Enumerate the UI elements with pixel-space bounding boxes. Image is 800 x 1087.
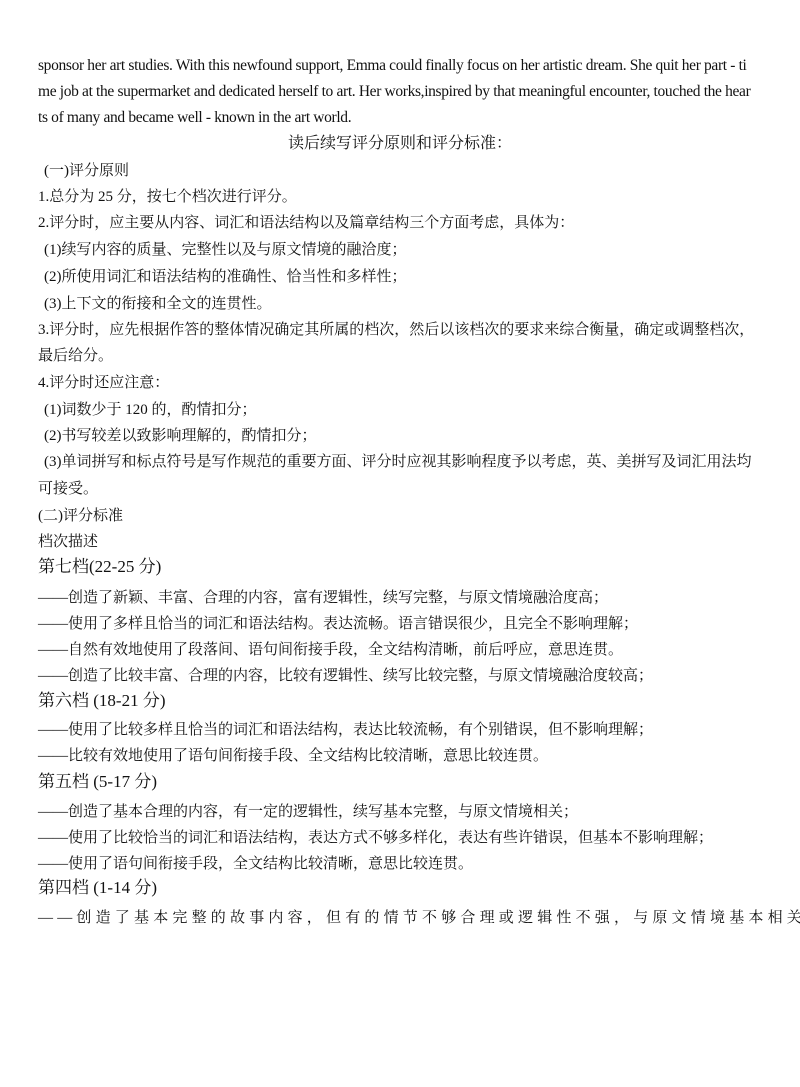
level-5-criterion-3: ——使用了语句间衔接手段，全文结构比较清晰，意思比较连贯。 — [38, 854, 473, 874]
story-line-1: sponsor her art studies. With this newfo… — [38, 56, 747, 76]
level-4-label: 第四档 (1-14 分) — [38, 877, 157, 899]
principle-item-4-sub-2: (2)书写较差以致影响理解的，酌情扣分； — [44, 426, 317, 446]
principle-item-2-sub-2: (2)所使用词汇和语法结构的准确性、恰当性和多样性； — [44, 267, 407, 287]
principle-item-4-sub-3-cont: 可接受。 — [38, 479, 98, 499]
level-5-criterion-1: ——创造了基本合理的内容，有一定的逻辑性，续写基本完整，与原文情境相关； — [38, 802, 578, 822]
story-line-2: me job at the supermarket and dedicated … — [38, 82, 750, 102]
level-6-criterion-1: ——使用了比较多样且恰当的词汇和语法结构，表达比较流畅，有个别错误，但不影响理解… — [38, 720, 653, 740]
level-7-label: 第七档(22-25 分) — [38, 556, 161, 578]
principle-item-3-cont: 最后给分。 — [38, 346, 113, 366]
level-7-criterion-2: ——使用了多样且恰当的词汇和语法结构。表达流畅。语言错误很少，且完全不影响理解； — [38, 614, 638, 634]
level-7-criterion-4: ——创造了比较丰富、合理的内容，比较有逻辑性、续写比较完整，与原文情境融洽度较高… — [38, 666, 653, 686]
rubric-title: 读后续写评分原则和评分标准： — [0, 134, 800, 154]
principle-item-4-sub-1: (1)词数少于 120 的，酌情扣分； — [44, 400, 257, 420]
level-6-label: 第六档 (18-21 分) — [38, 690, 165, 712]
story-line-3: ts of many and became well - known in th… — [38, 108, 351, 128]
principle-item-4-sub-3: (3)单词拼写和标点符号是写作规范的重要方面、评分时应视其影响程度予以考虑，英、… — [44, 452, 752, 472]
level-7-criterion-1: ——创造了新颖、丰富、合理的内容，富有逻辑性，续写完整，与原文情境融洽度高； — [38, 588, 608, 608]
level-5-criterion-2: ——使用了比较恰当的词汇和语法结构，表达方式不够多样化，表达有些许错误，但基本不… — [38, 828, 713, 848]
level-6-criterion-2: ——比较有效地使用了语句间衔接手段、全文结构比较清晰，意思比较连贯。 — [38, 746, 548, 766]
principle-item-1: 1.总分为 25 分，按七个档次进行评分。 — [38, 187, 297, 207]
level-7-criterion-3: ——自然有效地使用了段落间、语句间衔接手段，全文结构清晰，前后呼应，意思连贯。 — [38, 640, 623, 660]
principles-heading: (一)评分原则 — [44, 161, 129, 181]
principle-item-3: 3.评分时，应先根据作答的整体情况确定其所属的档次，然后以该档次的要求来综合衡量… — [38, 320, 754, 340]
level-5-label: 第五档 (5-17 分) — [38, 771, 157, 793]
principle-item-2-sub-3: (3)上下文的衔接和全文的连贯性。 — [44, 294, 272, 314]
principle-item-2-sub-1: (1)续写内容的质量、完整性以及与原文情境的融洽度； — [44, 240, 407, 260]
standards-heading: (二)评分标准 — [38, 506, 123, 526]
principle-item-4: 4.评分时还应注意： — [38, 373, 169, 393]
level-4-criterion-1: ——创造了基本完整的故事内容，但有的情节不够合理或逻辑性不强，与原文情境基本相关… — [38, 908, 800, 928]
principle-item-2: 2.评分时，应主要从内容、词汇和语法结构以及篇章结构三个方面考虑，具体为： — [38, 213, 574, 233]
standards-subheading: 档次描述 — [38, 532, 98, 552]
document-page: sponsor her art studies. With this newfo… — [0, 0, 800, 1087]
